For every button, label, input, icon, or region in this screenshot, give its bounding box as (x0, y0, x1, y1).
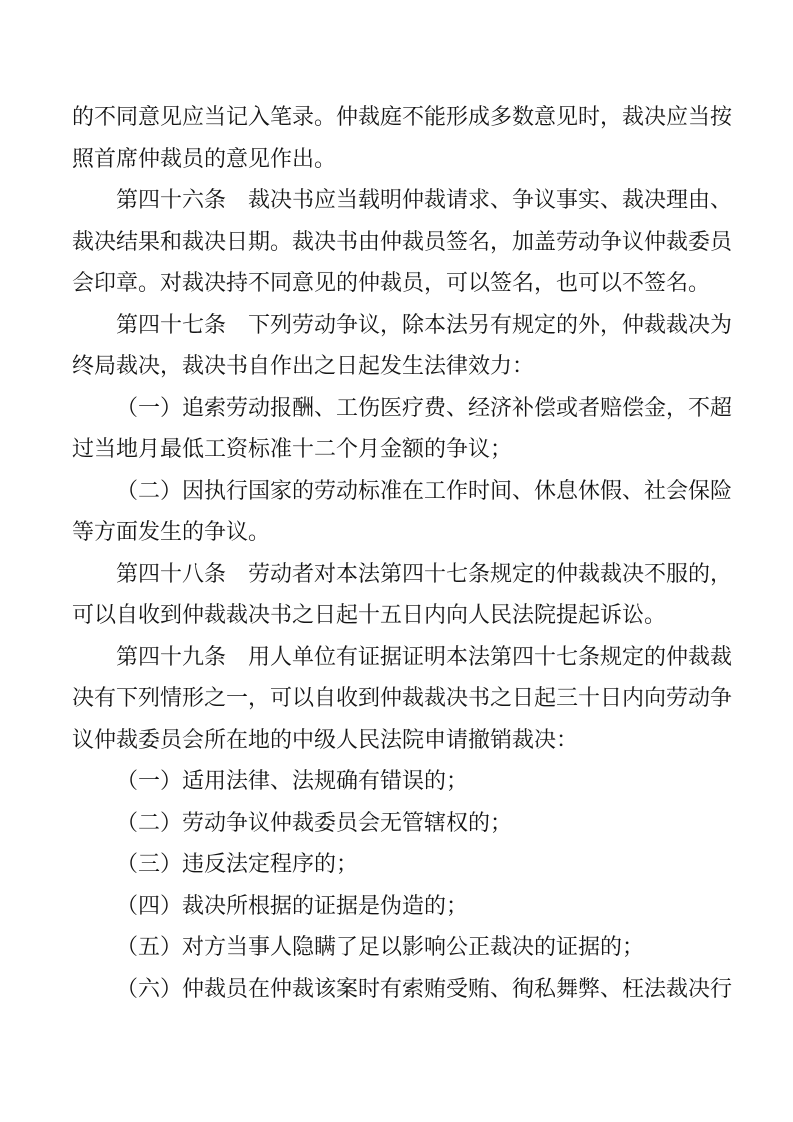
para-article-46: 第四十六条 裁决书应当载明仲裁请求、争议事实、裁决理由、裁决结果和裁决日期。裁决… (72, 179, 732, 304)
para-article-47-item-2: （二）因执行国家的劳动标准在工作时间、休息休假、社会保险等方面发生的争议。 (72, 470, 732, 553)
para-article-49-item-1: （一）适用法律、法规确有错误的； (72, 760, 732, 802)
para-article-49-item-2: （二）劳动争议仲裁委员会无管辖权的； (72, 802, 732, 844)
para-article-47-intro: 第四十七条 下列劳动争议，除本法另有规定的外，仲裁裁决为终局裁决，裁决书自作出之… (72, 304, 732, 387)
para-article-49-item-4: （四）裁决所根据的证据是伪造的； (72, 885, 732, 927)
law-text-block: 的不同意见应当记入笔录。仲裁庭不能形成多数意见时，裁决应当按照首席仲裁员的意见作… (72, 96, 732, 1009)
para-article-49-item-5: （五）对方当事人隐瞒了足以影响公正裁决的证据的； (72, 926, 732, 968)
para-article-49-item-6: （六）仲裁员在仲裁该案时有索贿受贿、徇私舞弊、枉法裁决行 (72, 968, 732, 1010)
para-article-49-item-3: （三）违反法定程序的； (72, 843, 732, 885)
para-article-47-item-1: （一）追索劳动报酬、工伤医疗费、经济补偿或者赔偿金，不超过当地月最低工资标准十二… (72, 387, 732, 470)
para-article-45-continuation: 的不同意见应当记入笔录。仲裁庭不能形成多数意见时，裁决应当按照首席仲裁员的意见作… (72, 96, 732, 179)
para-article-48: 第四十八条 劳动者对本法第四十七条规定的仲裁裁决不服的，可以自收到仲裁裁决书之日… (72, 553, 732, 636)
document-page: 的不同意见应当记入笔录。仲裁庭不能形成多数意见时，裁决应当按照首席仲裁员的意见作… (0, 0, 793, 1122)
para-article-49-intro: 第四十九条 用人单位有证据证明本法第四十七条规定的仲裁裁决有下列情形之一，可以自… (72, 636, 732, 761)
